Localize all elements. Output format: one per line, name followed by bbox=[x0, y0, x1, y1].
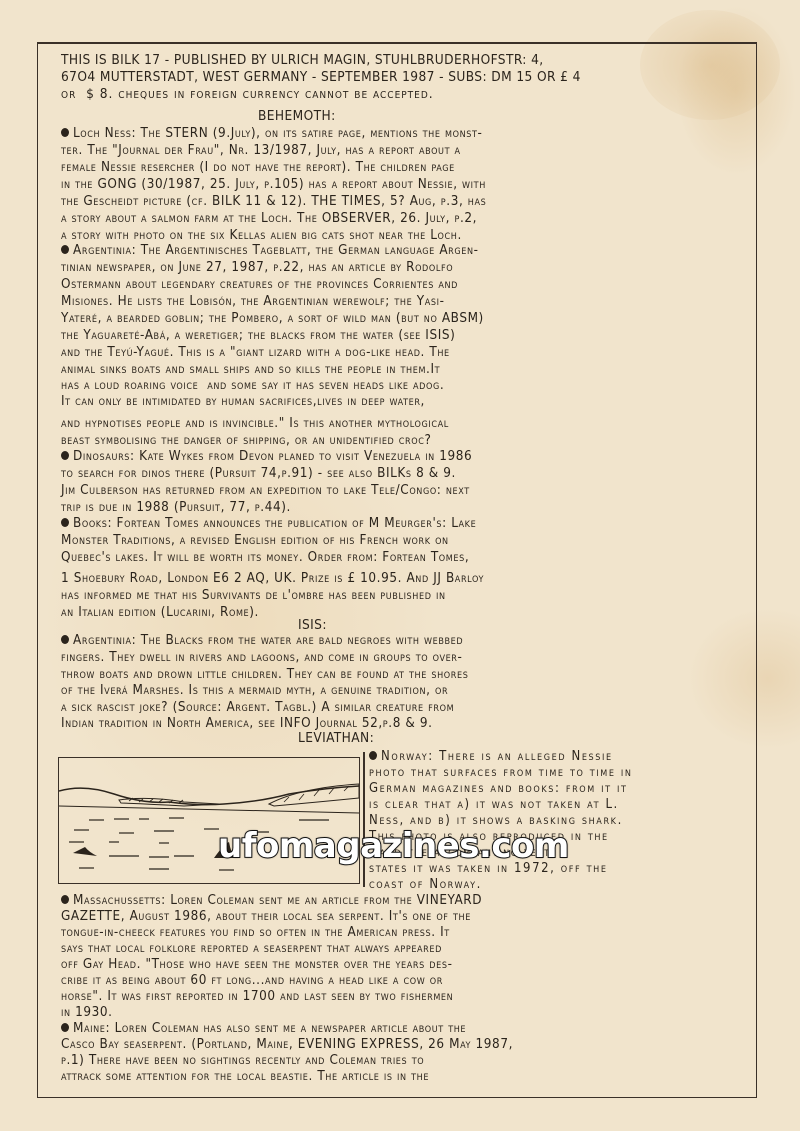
text-line: off Gay Head. "Those who have seen the m… bbox=[61, 957, 453, 973]
text-line: of the Iverá Marshes. Is this a mermaid … bbox=[61, 683, 448, 699]
text-line: says that local folklore reported a seas… bbox=[61, 941, 442, 957]
text-line: It can only be intimidated by human sacr… bbox=[61, 394, 425, 410]
text-line: Dinosaurs: Kate Wykes from Devon planed … bbox=[61, 449, 472, 465]
text-line: a story with photo on the six Kellas ali… bbox=[61, 228, 462, 244]
bullet-icon bbox=[61, 1023, 69, 1032]
text-line: tinian newspaper, on June 27, 1987, p.22… bbox=[61, 260, 453, 276]
masthead-line-1: THIS IS BILK 17 - PUBLISHED BY ULRICH MA… bbox=[61, 52, 544, 68]
text-line: Argentinia: The Blacks from the water ar… bbox=[61, 633, 463, 649]
text-line: ter. The "Journal der Frau", Nr. 13/1987… bbox=[61, 143, 461, 159]
text-line: Maine: Loren Coleman has also sent me a … bbox=[61, 1021, 466, 1037]
text-line: Argentinia: The Argentinisches Tageblatt… bbox=[61, 243, 479, 259]
text-line: Jim Culberson has returned from an exped… bbox=[61, 483, 470, 499]
text-line: to search for dinos there (Pursuit 74,p.… bbox=[61, 466, 456, 482]
text-line: in the GONG (30/1987, 25. July, p.105) h… bbox=[61, 177, 486, 193]
text-line: a story about a salmon farm at the Loch.… bbox=[61, 211, 477, 227]
text-line: female Nessie resercher (I do not have t… bbox=[61, 160, 455, 176]
text-line: Yateré, a bearded goblin; the Pombero, a… bbox=[61, 311, 484, 327]
text-line: has informed me that his Survivants de l… bbox=[61, 588, 446, 604]
text-line: animal sinks boats and small ships and s… bbox=[61, 362, 440, 378]
text-line: Books: Fortean Tomes announces the publi… bbox=[61, 516, 476, 532]
section-heading-behemoth: BEHEMOTH: bbox=[258, 108, 336, 124]
text-line: Misiones. He lists the Lobisón, the Arge… bbox=[61, 294, 445, 310]
text-line: and the Teyú-Yagué. This is a "giant liz… bbox=[61, 345, 450, 361]
text-line: beast symbolising the danger of shipping… bbox=[61, 433, 432, 449]
text-line: Ostermann about legendary creatures of t… bbox=[61, 277, 458, 293]
text-line: Massachussetts: Loren Coleman sent me an… bbox=[61, 893, 482, 909]
text-line: Loch Ness: The STERN (9.July), on its sa… bbox=[61, 126, 482, 142]
text-line: Indian tradition in North America, see I… bbox=[61, 716, 433, 732]
text-line: has a loud roaring voice and some say it… bbox=[61, 378, 444, 394]
text-line: throw boats and drown little children. T… bbox=[61, 667, 468, 683]
text-line: the Gescheidt picture (cf. BILK 11 & 12)… bbox=[61, 194, 486, 210]
text-line: tongue-in-cheeck features you find so of… bbox=[61, 925, 450, 941]
masthead-line-3: or $ 8. cheques in foreign currency cann… bbox=[61, 86, 434, 102]
column-divider bbox=[363, 752, 365, 887]
watermark: ufomagazines.com bbox=[218, 826, 569, 866]
text-line: German magazines and books: from it it bbox=[369, 781, 628, 797]
text-line: is clear that a) it was not taken at L. bbox=[369, 797, 619, 813]
text-line: an Italian edition (Lucarini, Rome). bbox=[61, 605, 259, 621]
masthead-line-2: 67o4 MUTTERSTADT, WEST GERMANY - SEPTEMB… bbox=[61, 69, 581, 85]
text-line: Norway: There is an alleged Nessie bbox=[369, 749, 613, 765]
text-line: and hypnotises people and is invincible.… bbox=[61, 416, 449, 432]
text-line: in 1930. bbox=[61, 1005, 113, 1021]
text-line: a sick rascist joke? (Source: Argent. Ta… bbox=[61, 700, 454, 716]
text-line: cribe it as being about 60 ft long...and… bbox=[61, 973, 443, 989]
text-line: GAZETTE, August 1986, about their local … bbox=[61, 909, 471, 925]
text-line: p.1) There have been no sightings recent… bbox=[61, 1053, 424, 1069]
bullet-icon bbox=[61, 518, 69, 527]
bullet-icon bbox=[61, 245, 69, 254]
section-heading-isis: ISIS: bbox=[298, 617, 327, 633]
bullet-icon bbox=[61, 895, 69, 904]
text-line: Quebec's lakes. It will be worth its mon… bbox=[61, 550, 469, 566]
text-line: 1 Shoebury Road, London E6 2 AQ, UK. Pri… bbox=[61, 571, 484, 587]
section-heading-leviathan: LEVIATHAN: bbox=[298, 730, 374, 746]
bullet-icon bbox=[61, 451, 69, 460]
bullet-icon bbox=[369, 751, 377, 760]
text-line: photo that surfaces from time to time in bbox=[369, 765, 633, 781]
text-line: fingers. They dwell in rivers and lagoon… bbox=[61, 650, 462, 666]
text-line: the Yaguareté-Abá, a weretiger; the blac… bbox=[61, 328, 455, 344]
text-line: horse". It was first reported in 1700 an… bbox=[61, 989, 453, 1005]
text-line: coast of Norway. bbox=[369, 877, 482, 893]
text-line: attrack some attention for the local bea… bbox=[61, 1069, 429, 1085]
bullet-icon bbox=[61, 635, 69, 644]
text-line: Casco Bay seaserpent. (Portland, Maine, … bbox=[61, 1037, 513, 1053]
text-line: trip is due in 1988 (Pursuit, 77, p.44). bbox=[61, 500, 291, 516]
text-line: Monster Traditions, a revised English ed… bbox=[61, 533, 449, 549]
bullet-icon bbox=[61, 128, 69, 137]
